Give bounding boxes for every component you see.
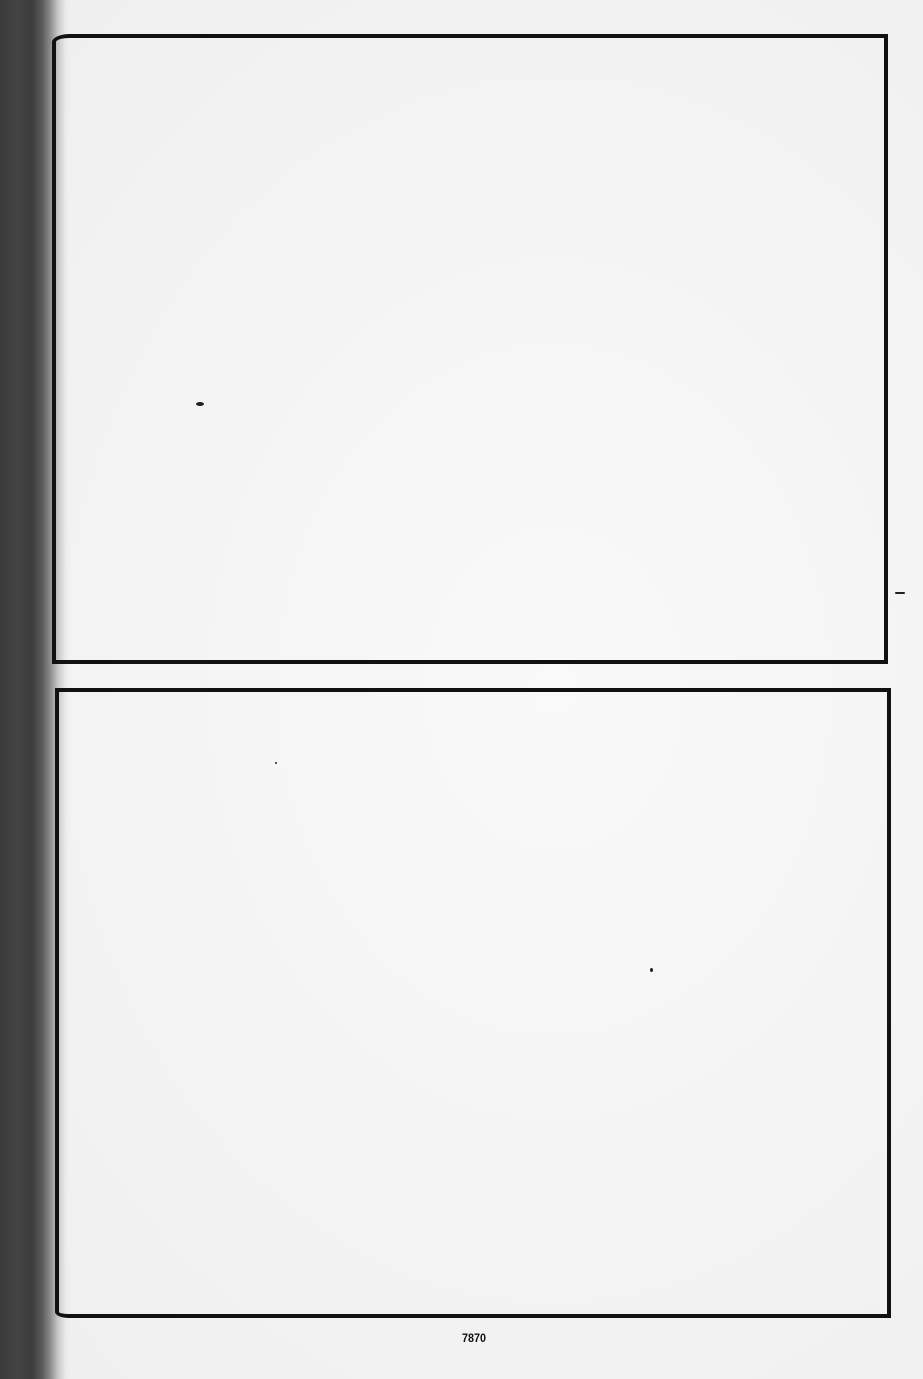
scan-speck xyxy=(196,402,204,406)
empty-frame-bottom xyxy=(55,688,891,1318)
scan-speck xyxy=(650,968,653,972)
scan-speck xyxy=(275,762,277,764)
scan-speck xyxy=(895,592,905,594)
empty-frame-top xyxy=(52,34,888,664)
page-number: 7870 xyxy=(462,1331,486,1345)
